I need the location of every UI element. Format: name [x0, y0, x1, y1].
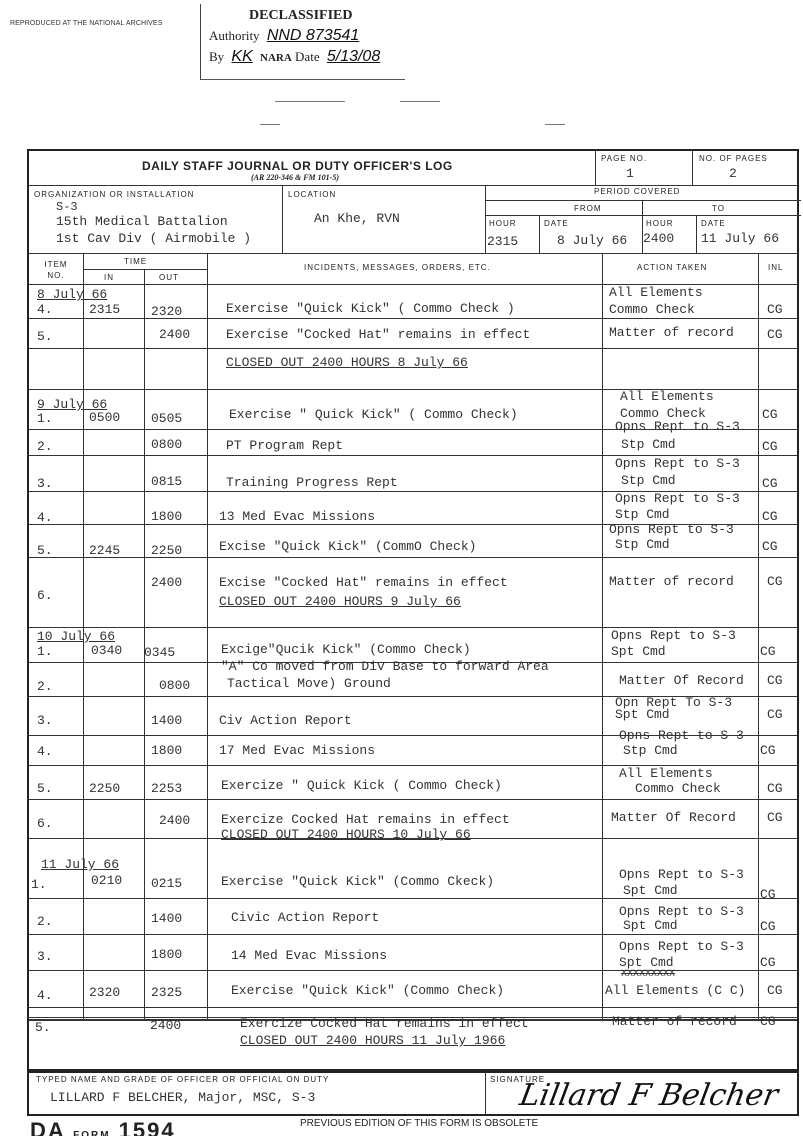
incident-line-2: Tactical Move) Ground	[227, 676, 391, 691]
time-out: 2400	[159, 327, 190, 342]
incident: Exercise "Quick Kick" ( Commo Check )	[226, 301, 515, 316]
item-no: 3.	[37, 476, 53, 491]
from-hour: 2315	[487, 234, 518, 249]
org-label: ORGANIZATION OR INSTALLATION	[34, 190, 194, 199]
scan-mark	[260, 124, 280, 125]
action-line: All Elements (C C)	[605, 983, 745, 998]
action-line: Stp Cmd	[621, 473, 676, 488]
form-subtitle: (AR 220-346 & FM 101-5)	[251, 173, 339, 182]
scan-mark	[545, 124, 565, 125]
item-no: 4.	[37, 988, 53, 1003]
item-no: 5.	[37, 329, 53, 344]
no-pages: 2	[729, 166, 737, 181]
closing-line: CLOSED OUT 2400 HOURS 11 July 1966	[240, 1033, 505, 1048]
incident: Civ Action Report	[219, 713, 352, 728]
incident: Exercize " Quick Kick ( Commo Check)	[221, 778, 502, 793]
date-heading: 8 July 66	[37, 287, 107, 302]
initials: CG	[762, 407, 778, 422]
scan-mark	[400, 101, 440, 102]
time-out: 2253	[151, 781, 182, 796]
col-inl: INL	[768, 263, 783, 272]
time-out: 1800	[151, 947, 182, 962]
authority-label: Authority	[209, 28, 260, 43]
item-no: 5.	[37, 543, 53, 558]
action-line: All Elements	[619, 766, 713, 781]
org-line-2: 15th Medical Battalion	[56, 214, 228, 229]
page-no-label: PAGE NO.	[601, 154, 647, 163]
action-line: Opns Rept to S-3	[619, 904, 744, 919]
action-line: Opns Rept to S-3	[609, 522, 734, 537]
col-item: ITEM NO.	[41, 259, 71, 281]
time-out: 1400	[151, 911, 182, 926]
closing-line: CLOSED OUT 2400 HOURS 10 July 66	[221, 827, 471, 842]
col-out: OUT	[159, 273, 179, 282]
time-in: 2250	[89, 781, 120, 796]
incident: 13 Med Evac Missions	[219, 509, 375, 524]
time-in: 0210	[91, 873, 122, 888]
reproduced-notice: REPRODUCED AT THE NATIONAL ARCHIVES	[10, 20, 162, 27]
item-no: 6.	[37, 816, 53, 831]
item-no: 3.	[37, 949, 53, 964]
closing-line: CLOSED OUT 2400 HOURS 8 July 66	[226, 355, 468, 370]
from-date: 8 July 66	[557, 233, 627, 248]
initials: CG	[760, 644, 776, 659]
time-out: 1400	[151, 713, 182, 728]
action-line: Matter of record	[612, 1014, 737, 1029]
time-out: 1800	[151, 743, 182, 758]
incident: Exercise "Quick Kick" (Commo Check)	[231, 983, 504, 998]
duty-log-form: DAILY STAFF JOURNAL OR DUTY OFFICER'S LO…	[27, 149, 799, 1071]
time-out: 0505	[151, 411, 182, 426]
org-line-3: 1st Cav Div ( Airmobile )	[56, 231, 251, 246]
officer-name: LILLARD F BELCHER, Major, MSC, S-3	[50, 1090, 315, 1105]
authority-value: NND 873541	[263, 27, 364, 44]
time-in: 2245	[89, 543, 120, 558]
incident: Exercise " Quick Kick" ( Commo Check)	[229, 407, 518, 422]
date-value: 5/13/08	[323, 48, 384, 65]
to-date-label: DATE	[701, 219, 726, 228]
initials: CG	[767, 327, 783, 342]
incident: Exercise "Quick Kick" (Commo Ckeck)	[221, 874, 494, 889]
officer-label: TYPED NAME AND GRADE OF OFFICER OR OFFIC…	[36, 1075, 329, 1084]
time-out: 2400	[159, 813, 190, 828]
time-out: 0800	[151, 437, 182, 452]
date-label: Date	[295, 49, 320, 64]
item-no: 2.	[37, 914, 53, 929]
time-out: 0815	[151, 474, 182, 489]
item-no: 3.	[37, 713, 53, 728]
location-label: LOCATION	[288, 190, 336, 199]
time-in: 2320	[89, 985, 120, 1000]
initials: CG	[767, 707, 783, 722]
form-id: DA FORM 1594	[30, 1118, 176, 1136]
time-out: 0800	[159, 678, 190, 693]
no-pages-label: NO. OF PAGES	[699, 154, 768, 163]
action-line: Spt Cmd	[619, 955, 674, 970]
action-line: Opns Rept to S-3	[611, 628, 736, 643]
nara-label: NARA	[260, 52, 292, 64]
time-out: 2400	[150, 1018, 181, 1033]
action-line: Commo Check	[609, 302, 695, 317]
incident: Excige"Qucik Kick" (Commo Check)	[221, 642, 471, 657]
period-label: PERIOD COVERED	[594, 187, 680, 196]
incident: Excise "Cocked Hat" remains in effect	[219, 575, 508, 590]
incident: PT Program Rept	[226, 438, 343, 453]
item-no: 5.	[37, 781, 53, 796]
action-line: Matter of record	[609, 325, 734, 340]
incident: Exercize Cocked Hat remains in effect	[221, 812, 510, 827]
col-in: IN	[104, 273, 114, 282]
to-hour-label: HOUR	[646, 219, 674, 228]
incident: Excise "Quick Kick" (CommO Check)	[219, 539, 476, 554]
initials: CG	[760, 743, 776, 758]
initials: CG	[767, 810, 783, 825]
to-hour: 2400	[643, 231, 674, 246]
action-line: All Elements	[620, 389, 714, 404]
item-no: 5.	[35, 1020, 51, 1035]
location: An Khe, RVN	[314, 211, 400, 226]
incident: Civic Action Report	[231, 910, 379, 925]
time-out: 2400	[151, 575, 182, 590]
initials: CG	[760, 887, 776, 902]
closing-line: CLOSED OUT 2400 HOURS 9 July 66	[219, 594, 461, 609]
action-line: Spt Cmd	[615, 707, 670, 722]
initials: CG	[767, 673, 783, 688]
page-no: 1	[626, 166, 634, 181]
declassified-stamp: DECLASSIFIED Authority NND 873541 By KK …	[200, 4, 405, 80]
action-line: Opns Rept to S-3	[619, 728, 744, 743]
col-action: ACTION TAKEN	[637, 263, 707, 272]
from-label: FROM	[574, 204, 602, 213]
incident: 17 Med Evac Missions	[219, 743, 375, 758]
action-line: Commo Check	[635, 781, 721, 796]
time-out: 0215	[151, 876, 182, 891]
form-label: FORM	[73, 1130, 110, 1136]
initials: CG	[762, 509, 778, 524]
org-line-1: S-3	[56, 200, 78, 214]
initials: CG	[760, 919, 776, 934]
action-line: Opns Rept to S-3	[619, 867, 744, 882]
item-no: 1.	[37, 644, 53, 659]
time-out: 2325	[151, 985, 182, 1000]
time-out: 2320	[151, 304, 182, 319]
item-no: 1.	[31, 877, 47, 892]
action-line: Matter Of Record	[611, 810, 736, 825]
date-heading: 11 July 66	[41, 857, 119, 872]
incident: Training Progress Rept	[226, 475, 398, 490]
action-line: Stp Cmd	[615, 537, 670, 552]
action-line: Stp Cmd	[621, 437, 676, 452]
date-heading: 10 July 66	[37, 629, 115, 644]
from-date-label: DATE	[544, 219, 569, 228]
from-hour-label: HOUR	[489, 219, 517, 228]
initials: CG	[760, 955, 776, 970]
stamp-title: DECLASSIFIED	[249, 8, 405, 24]
item-no: 2.	[37, 439, 53, 454]
previous-edition-note: PREVIOUS EDITION OF THIS FORM IS OBSOLET…	[300, 1118, 538, 1129]
signature: Lillard F Belcher	[517, 1078, 781, 1113]
initials: CG	[767, 302, 783, 317]
time-in: 0500	[89, 410, 120, 425]
incident: "A" Co moved from Div Base to forward Ar…	[221, 659, 549, 674]
to-label: TO	[712, 204, 725, 213]
incident: Exercize Cocked Hat remains in effect	[240, 1016, 529, 1031]
action-line: Opns Rept to S-3	[615, 419, 740, 434]
item-no: 2.	[37, 679, 53, 694]
action-line: Stp Cmd	[615, 507, 670, 522]
action-line: All Elements	[609, 285, 703, 300]
struck-text: XXXXXXXXX	[621, 969, 675, 980]
by-value: KK	[227, 48, 256, 65]
col-incidents: INCIDENTS, MESSAGES, ORDERS, ETC.	[304, 263, 491, 272]
item-no: 4.	[37, 302, 53, 317]
action-line: Stp Cmd	[623, 743, 678, 758]
item-no: 6.	[37, 588, 53, 603]
time-out: 2250	[151, 543, 182, 558]
action-line: Matter Of Record	[619, 673, 744, 688]
initials: CG	[767, 574, 783, 589]
action-line: Opns Rept to S-3	[619, 939, 744, 954]
form-number: 1594	[119, 1118, 176, 1136]
action-line: Spt Cmd	[623, 918, 678, 933]
incident: 14 Med Evac Missions	[231, 948, 387, 963]
item-no: 1.	[37, 411, 53, 426]
incident: Exercise "Cocked Hat" remains in effect	[226, 327, 530, 342]
action-line: Opns Rept to S-3	[615, 491, 740, 506]
time-in: 2315	[89, 302, 120, 317]
time-out: 0345	[144, 645, 175, 660]
time-in: 0340	[91, 643, 122, 658]
initials: CG	[767, 781, 783, 796]
initials: CG	[767, 983, 783, 998]
scan-mark	[275, 101, 345, 102]
initials: CG	[760, 1014, 776, 1029]
col-time: TIME	[124, 257, 147, 266]
by-label: By	[209, 49, 224, 64]
initials: CG	[762, 476, 778, 491]
item-no: 4.	[37, 744, 53, 759]
form-title: DAILY STAFF JOURNAL OR DUTY OFFICER'S LO…	[142, 159, 453, 173]
item-no: 4.	[37, 510, 53, 525]
time-out: 1800	[151, 509, 182, 524]
initials: CG	[762, 439, 778, 454]
action-line: Spt Cmd	[623, 883, 678, 898]
action-line: Opns Rept to S-3	[615, 456, 740, 471]
form-id-text: DA	[30, 1118, 65, 1136]
initials: CG	[762, 539, 778, 554]
action-line: Spt Cmd	[611, 644, 666, 659]
action-line: Matter of record	[609, 574, 734, 589]
to-date: 11 July 66	[701, 231, 779, 246]
